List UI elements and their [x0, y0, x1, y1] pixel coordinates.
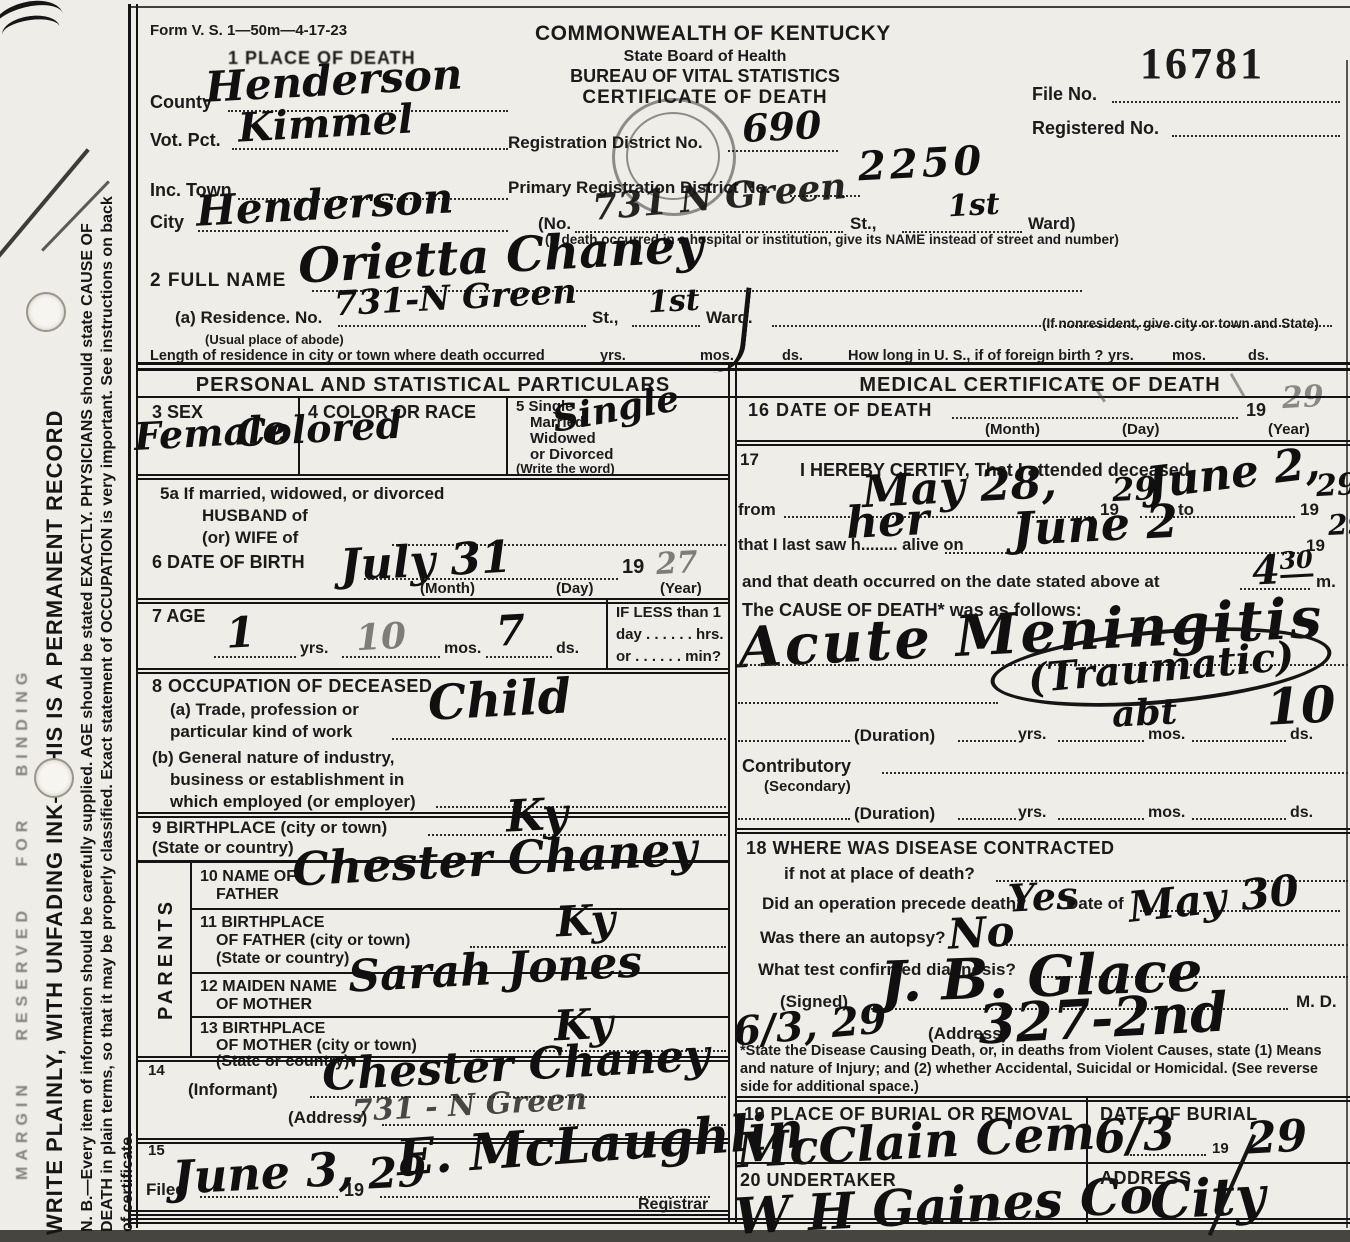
s5a-label: 5a If married, widowed, or divorced — [160, 484, 444, 504]
frame-top-rule — [130, 6, 1350, 8]
duration1-mos-line — [1058, 740, 1144, 742]
duration1-ds-line — [1192, 740, 1286, 742]
duration-abt-value: abt — [1111, 690, 1178, 735]
file-no-label: File No. — [1032, 84, 1097, 105]
column-divider-left — [728, 362, 730, 1222]
filed-date-value: June 3, — [171, 1141, 356, 1204]
occupation-value: Child — [427, 668, 573, 731]
race-value: Colored — [235, 402, 403, 456]
birthplace-label: 9 BIRTHPLACE (city or town) — [152, 818, 387, 838]
duration1-lead-line — [738, 740, 850, 742]
duration2-ds-line — [1192, 818, 1286, 820]
burial-row-rule — [737, 1162, 1350, 1164]
occupation-a-line — [392, 738, 726, 740]
age-yrs-line — [214, 656, 296, 658]
duration1-label: (Duration) — [854, 726, 935, 746]
contributory-label: Contributory — [742, 756, 851, 777]
ward-label: Ward) — [1028, 214, 1076, 234]
howlong-ds-label: ds. — [1248, 348, 1269, 364]
father-bp-label1: 11 BIRTHPLACE — [200, 914, 324, 932]
bureau-heading: BUREAU OF VITAL STATISTICS — [535, 66, 875, 87]
duration2-yrs: yrs. — [1018, 804, 1046, 822]
duration2-label: (Duration) — [854, 804, 935, 824]
length-mos-label: mos. — [700, 348, 734, 364]
row17-bottom-rule — [737, 828, 1350, 830]
age-ds-value: 7 — [495, 605, 527, 655]
row8-bottom-rule — [138, 812, 728, 814]
occupation-b1: (b) General nature of industry, — [152, 748, 394, 768]
medical-section-title: MEDICAL CERTIFICATE OF DEATH — [740, 374, 1340, 397]
occupation-a1: (a) Trade, profession or — [170, 700, 359, 720]
ifless-line3: or . . . . . . min? — [616, 648, 721, 665]
mother-bp-label1: 13 BIRTHPLACE — [200, 1020, 325, 1038]
certify-number: 17 — [740, 450, 759, 470]
state-board-heading: State Board of Health — [535, 48, 875, 66]
reg-district-label: Registration District No. — [508, 133, 703, 153]
death-time-minutes: 30 — [1279, 544, 1314, 578]
dob-year-caption: (Year) — [660, 580, 702, 597]
length-ds-label: ds. — [782, 348, 803, 364]
burial-date-line — [1130, 1154, 1206, 1156]
ifless-line1: IF LESS than 1 — [616, 604, 721, 621]
dob-year-value: 27 — [655, 545, 699, 582]
registered-no-label: Registered No. — [1032, 118, 1159, 139]
abode-note: (Usual place of abode) — [205, 332, 344, 347]
form-number: Form V. S. 1—50m—4-17-23 — [150, 22, 347, 39]
full-name-label: 2 FULL NAME — [150, 270, 286, 292]
dod-line — [952, 417, 1238, 419]
row16-bottom-rule — [737, 440, 1350, 442]
lastsaw-value: June 2 — [1011, 494, 1180, 557]
vot-pct-label: Vot. Pct. — [150, 130, 221, 151]
age-mos-unit: mos. — [444, 640, 481, 658]
city-value: Henderson — [195, 173, 455, 235]
age-label: 7 AGE — [152, 606, 205, 627]
father-bp-label3: (State or country) — [216, 950, 349, 968]
occupation-b-line — [436, 806, 726, 808]
burial-year-prefix: 19 — [1212, 1140, 1229, 1157]
city-label: City — [150, 212, 184, 233]
howlong-label: How long in U. S., if of foreign birth ? — [848, 348, 1103, 364]
race-marital-divider — [506, 396, 508, 474]
registered-no-line — [1172, 135, 1340, 137]
margin-nb-text: N. B.—Every item of information should b… — [78, 187, 138, 1232]
father-bp-label2: OF FATHER (city or town) — [216, 932, 410, 950]
operation-date-value: May 30 — [1126, 865, 1301, 932]
file-no-line — [1112, 101, 1340, 103]
file-number-stamp: 16781 — [1140, 38, 1265, 89]
age-yrs-unit: yrs. — [300, 640, 328, 658]
row5-bottom-rule — [138, 474, 728, 476]
age-ds-unit: ds. — [556, 640, 579, 658]
row6-bottom-rule — [138, 598, 728, 600]
dob-year-prefix: 19 — [622, 556, 644, 579]
to-year-value: 29 — [1315, 467, 1350, 504]
length-residence-label: Length of residence in city or town wher… — [150, 348, 545, 364]
birthplace-sub: (State or country) — [152, 838, 294, 858]
residence-ward-label: Ward. — [706, 308, 753, 328]
residence-ward-line — [632, 325, 700, 327]
undertaker-address-value: City — [1148, 1165, 1266, 1232]
scan-bottom-band — [0, 1230, 1350, 1242]
vot-pct-value: Kimmel — [237, 95, 414, 151]
cause-line2 — [738, 702, 998, 704]
occurred-statement: and that death occurred on the date stat… — [742, 572, 1160, 592]
age-mos-line — [342, 656, 440, 658]
residence-st-label: St., — [592, 308, 618, 328]
lastsaw-pronoun-hw: her — [845, 494, 931, 549]
street-st-label: St., — [850, 214, 876, 234]
father-name-label1: 10 NAME OF — [200, 868, 296, 886]
duration2-yrs-line — [958, 818, 1016, 820]
primary-reg-value: 2250 — [857, 137, 987, 191]
where-contracted-label: 18 WHERE WAS DISEASE CONTRACTED — [746, 838, 1115, 859]
duration1-yrs-line — [958, 740, 1016, 742]
certificate-page: MARGIN RESERVED FOR BINDING WRITE PLAINL… — [0, 0, 1350, 1242]
occupation-b3: which employed (or employer) — [170, 792, 416, 812]
age-ifless-divider — [606, 598, 608, 668]
parents-box-divider — [190, 860, 192, 1056]
md-label: M. D. — [1296, 992, 1337, 1012]
parents-row10-rule — [190, 908, 728, 910]
father-name-label2: FATHER — [216, 886, 279, 904]
ifnot-label: if not at place of death? — [784, 864, 975, 884]
residence-no-line — [338, 325, 586, 327]
s5a-wife-label: (or) WIFE of — [202, 528, 298, 548]
age-mos-value: 10 — [355, 615, 407, 660]
lastsaw-line — [945, 552, 1303, 554]
duration1-yrs: yrs. — [1018, 726, 1046, 744]
margin-binding-text: MARGIN RESERVED FOR BINDING — [14, 667, 32, 1180]
informant-number: 14 — [148, 1062, 165, 1079]
secondary-label: (Secondary) — [764, 778, 851, 795]
dob-day-caption: (Day) — [556, 580, 594, 597]
cause-footnote: *State the Disease Causing Death, or, in… — [740, 1042, 1340, 1096]
length-yrs-label: yrs. — [600, 348, 626, 364]
contributory-line — [882, 772, 1348, 774]
ifless-line2: day . . . . . . hrs. — [616, 626, 724, 643]
duration2-ds: ds. — [1290, 804, 1313, 822]
margin-write-plainly-text: WRITE PLAINLY, WITH UNFADING INK—THIS IS… — [42, 410, 68, 1235]
informant-label: (Informant) — [188, 1080, 278, 1100]
filed-number: 15 — [148, 1142, 165, 1159]
residence-ward-value: 1st — [647, 283, 700, 321]
dob-label: 6 DATE OF BIRTH — [152, 552, 305, 573]
dod-day-caption: (Day) — [1122, 421, 1160, 438]
duration2-mos-line — [1058, 818, 1144, 820]
duration2-mos: mos. — [1148, 804, 1185, 822]
dod-label: 16 DATE OF DEATH — [748, 400, 932, 421]
row7-bottom-rule — [138, 668, 728, 670]
mother-name-label1: 12 MAIDEN NAME — [200, 978, 337, 996]
punch-hole-bottom — [34, 758, 74, 798]
parents-label: PARENTS — [155, 898, 178, 1020]
reg-district-value: 690 — [741, 102, 823, 151]
occupation-label: 8 OCCUPATION OF DECEASED — [152, 676, 432, 697]
punch-hole-top — [26, 292, 66, 332]
age-yrs-value: 1 — [225, 607, 257, 657]
duration2-lead-line — [738, 818, 850, 820]
commonwealth-heading: COMMONWEALTH OF KENTUCKY — [535, 22, 875, 46]
county-label: County — [150, 92, 212, 113]
dod-year-value: 29 — [1281, 379, 1325, 416]
column-divider-right — [735, 362, 737, 1222]
occupation-a2: particular kind of work — [170, 722, 352, 742]
dod-year-caption: (Year) — [1268, 421, 1310, 438]
certificate-heading: CERTIFICATE OF DEATH — [535, 87, 875, 109]
age-ds-line — [486, 656, 552, 658]
mother-name-label2: OF MOTHER — [216, 996, 312, 1014]
howlong-yrs-label: yrs. — [1108, 348, 1134, 364]
duration-days-value: 10 — [1265, 674, 1338, 737]
dod-year-prefix: 19 — [1246, 400, 1266, 421]
left-col-bottom-rule — [130, 1210, 730, 1212]
s5a-husband-label: HUSBAND of — [202, 506, 308, 526]
residence-label: (a) Residence. No. — [175, 308, 322, 328]
from-label: from — [738, 500, 776, 520]
nonresident-note: (If nonresident, give city or town and S… — [1042, 316, 1319, 331]
occupation-b2: business or establishment in — [170, 770, 404, 790]
parents-row12-rule — [190, 1016, 728, 1018]
row18-bottom-rule — [737, 1096, 1350, 1098]
autopsy-label: Was there an autopsy? — [760, 928, 945, 948]
ward-value: 1st — [947, 187, 1000, 225]
lastsaw-year-value: 29 — [1327, 507, 1350, 542]
operation-date-of-label: Date of — [1066, 894, 1124, 914]
dod-month-caption: (Month) — [985, 421, 1040, 438]
dob-month-caption: (Month) — [420, 580, 475, 597]
howlong-mos-label: mos. — [1172, 348, 1206, 364]
frame-right-rule — [1346, 60, 1348, 1228]
